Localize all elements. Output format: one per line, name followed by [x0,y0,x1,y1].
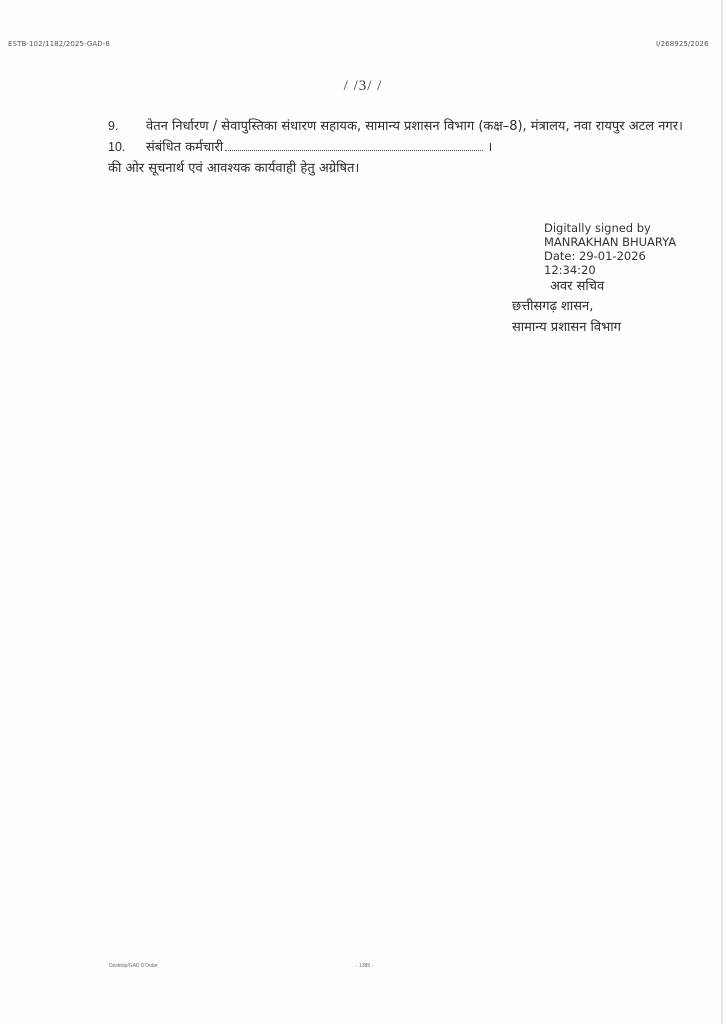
page-marker: / /3/ / [0,78,726,95]
designation-government: छत्तीसगढ़ शासन, [512,296,593,317]
signature-time: 12:34:20 [544,263,676,277]
footer-page-number: - 1385 - [356,963,373,969]
list-item-label: संबंधित कर्मचारी [146,140,223,155]
page-edge-divider [721,0,723,1024]
signature-caption: Digitally signed by [544,221,676,235]
list-item-number: 10. [108,137,146,158]
designation-department: सामान्य प्रशासन विभाग [512,317,621,338]
closing-line: की ओर सूचनार्थ एवं आवश्यक कार्यवाही हेतु… [108,158,688,179]
signature-date: Date: 29-01-2026 [544,249,676,263]
list-item-text: वेतन निर्धारण / सेवापुस्तिका संधारण सहाय… [146,116,688,137]
list-item: 10. संबंधित कर्मचारी । [108,137,688,158]
signer-name: MANRAKHAN BHUARYA [544,235,676,249]
footer-path: Desktop/GAD 8 Order [109,963,158,969]
list-item-suffix: । [487,140,492,155]
distribution-list: 9. वेतन निर्धारण / सेवापुस्तिका संधारण स… [108,116,688,179]
list-item-text: संबंधित कर्मचारी । [146,137,688,158]
digital-signature: Digitally signed by MANRAKHAN BHUARYA Da… [544,221,676,277]
document-number: I/268925/2026 [656,40,709,48]
document-page: ESTB-102/1182/2025-GAD-8 I/268925/2026 /… [0,0,726,1024]
designation-title: अवर सचिव [550,276,604,297]
list-item: 9. वेतन निर्धारण / सेवापुस्तिका संधारण स… [108,116,688,137]
file-reference: ESTB-102/1182/2025-GAD-8 [8,40,110,48]
list-item-number: 9. [108,116,146,137]
fill-in-dotted-line [225,140,483,151]
